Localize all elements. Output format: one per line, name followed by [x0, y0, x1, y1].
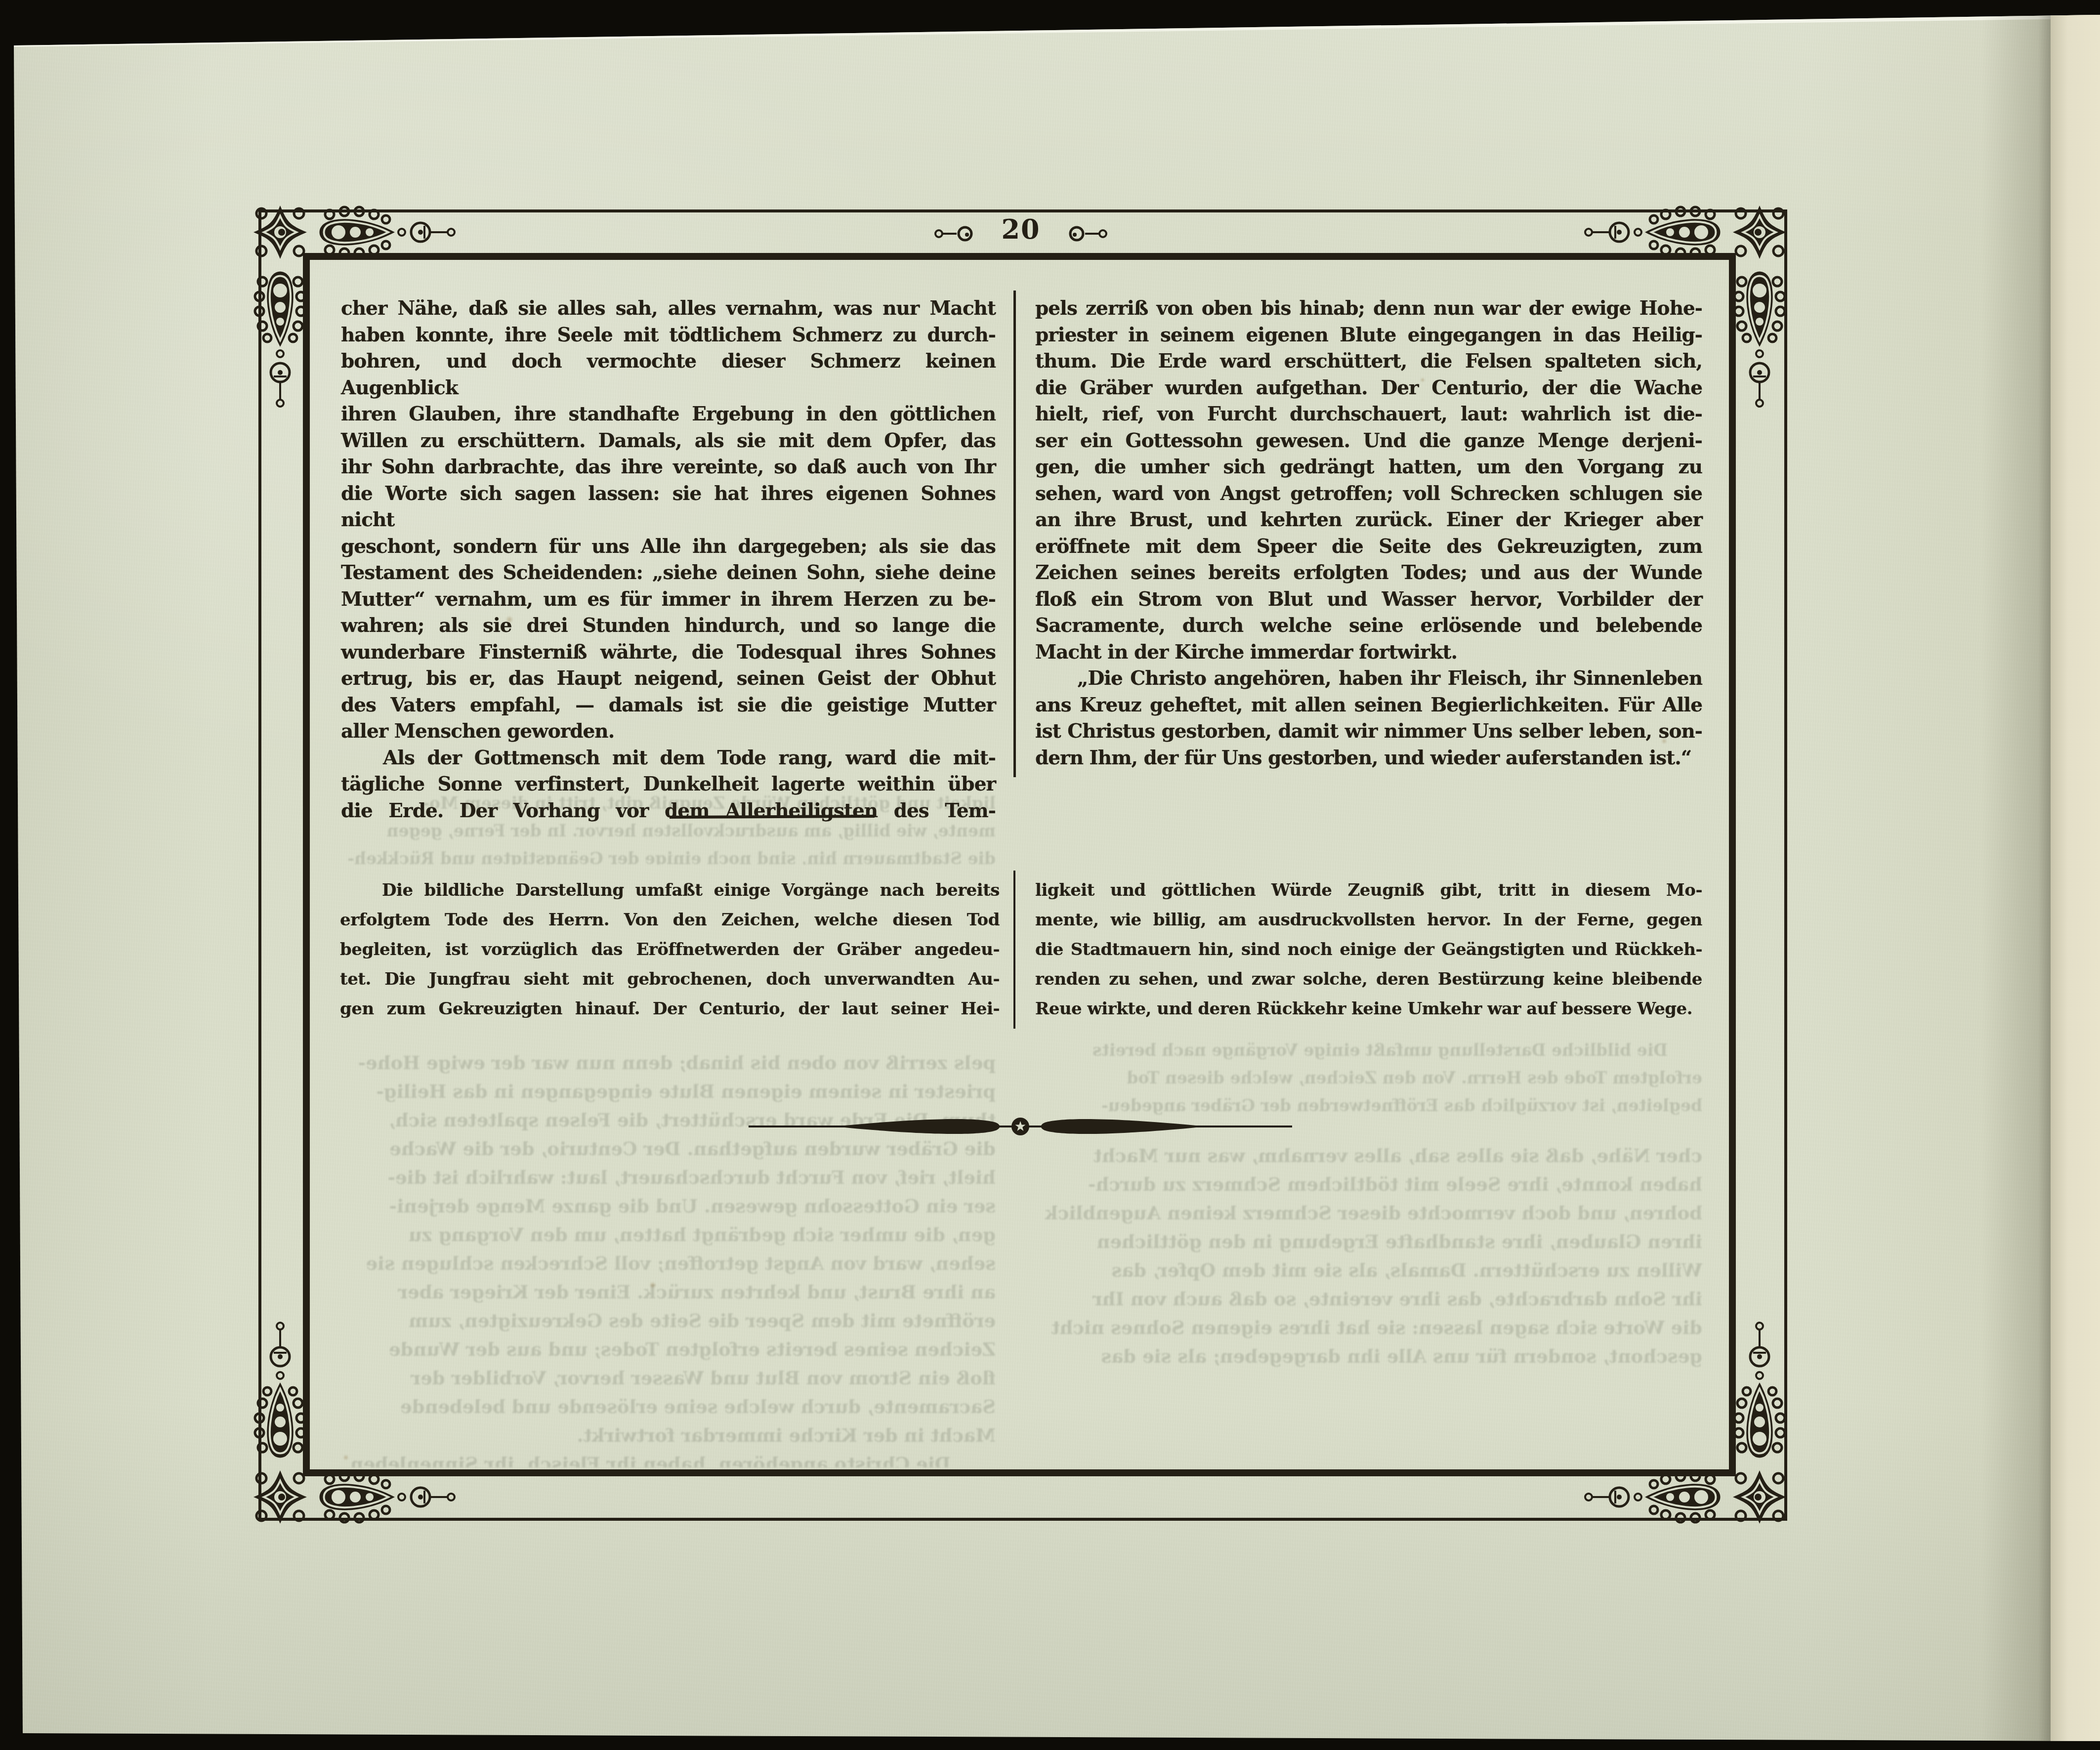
text-line: hielt, rief, von Furcht durchschauert, l…: [341, 1163, 996, 1192]
text-line: hielt, rief, von Furcht durchschauert, l…: [1035, 401, 1702, 428]
text-line: gen, die umher sich gedrängt hatten, um …: [341, 1220, 996, 1249]
foxing-spot: [1661, 738, 1667, 744]
text-line: ser ein Gottessohn gewesen. Und die ganz…: [1035, 428, 1702, 455]
text-line: begleiten, ist vorzüglich das Eröffnetwe…: [340, 935, 1000, 964]
text-line: ihren Glauben, ihre standhafte Ergebung …: [1035, 1227, 1702, 1256]
text-line: cher Nähe, daß sie alles sah, alles vern…: [1035, 1141, 1702, 1170]
text-line: thum. Die Erde ward erschüttert, die Fel…: [1035, 348, 1702, 375]
text-line: renden zu sehen, und zwar solche, deren …: [1035, 964, 1702, 994]
text-line: ihr Sohn darbrachte, das ihre vereinte, …: [341, 454, 996, 481]
commentary-right-column: ligkeit und göttlichen Würde Zeugniß gib…: [1035, 875, 1702, 1024]
text-line: begleiten, ist vorzüglich das Eröffnetwe…: [1035, 1092, 1702, 1120]
text-line: wunderbare Finsterniß währte, die Todesq…: [341, 639, 996, 666]
text-line: „Die Christo angehören, haben ihr Fleisc…: [341, 1450, 996, 1467]
text-line: Als der Gottmensch mit dem Tode rang, wa…: [341, 745, 996, 772]
text-line: Sacramente, durch welche seine erlösende…: [1035, 613, 1702, 639]
text-line: die Erde. Der Vorhang vor dem Allerheili…: [341, 798, 996, 825]
text-line: priester in seinem eigenen Blute eingega…: [341, 1077, 996, 1106]
text-line: geschont, sondern für uns Alle ihn darge…: [1035, 1342, 1702, 1371]
text-line: Reue wirkte, und deren Rückkehr keine Um…: [1035, 994, 1702, 1024]
text-line: dern Ihm, der für Uns gestorben, und wie…: [1035, 745, 1702, 772]
text-line: ist Christus gestorben, damit wir nimmer…: [1035, 718, 1702, 745]
text-line: die Worte sich sagen lassen: sie hat ihr…: [341, 481, 996, 534]
foxing-spot: [505, 616, 513, 624]
text-line: Zeichen seines bereits erfolgten Todes; …: [341, 1335, 996, 1364]
text-line: erfolgtem Tode des Herrn. Von den Zeiche…: [1035, 1064, 1702, 1092]
text-line: die Worte sich sagen lassen: sie hat ihr…: [1035, 1313, 1702, 1342]
bleedthrough-text-block: pels zerriß von oben bis hinab; denn nun…: [341, 1048, 996, 1467]
text-line: Willen zu erschüttern. Damals, als sie m…: [1035, 1256, 1702, 1285]
text-line: haben konnte, ihre Seele mit tödtlichem …: [341, 322, 996, 349]
text-line: ihren Glauben, ihre standhafte Ergebung …: [341, 401, 996, 428]
page-crease-shadow: [1981, 13, 2051, 1742]
text-line: haben konnte, ihre Seele mit tödtlichem …: [1035, 1170, 1702, 1199]
main-text-left-column: cher Nähe, daß sie alles sah, alles vern…: [341, 295, 996, 824]
text-line: aller Menschen geworden.: [341, 718, 996, 745]
text-line: des Vaters empfahl, — damals ist sie die…: [341, 692, 996, 719]
foxing-spot: [1420, 377, 1425, 382]
text-line: priester in seinem eigenen Blute eingega…: [1035, 322, 1702, 349]
text-line: Testament des Scheidenden: „siehe deinen…: [1035, 1371, 1702, 1375]
text-line: ertrug, bis er, das Haupt neigend, seine…: [341, 666, 996, 692]
text-line: die Stadtmauern hin, sind noch einige de…: [1035, 935, 1702, 964]
text-line: mente, wie billig, am ausdruckvollsten h…: [1035, 905, 1702, 935]
text-line: ser ein Gottessohn gewesen. Und die ganz…: [341, 1192, 996, 1220]
text-line: eröffnete mit dem Speer die Seite des Ge…: [1035, 534, 1702, 560]
text-line: tägliche Sonne verfinstert, Dunkelheit l…: [341, 771, 996, 798]
text-line: eröffnete mit dem Speer die Seite des Ge…: [341, 1306, 996, 1335]
text-line: gen zum Gekreuzigten hinauf. Der Centuri…: [340, 994, 1000, 1024]
text-line: sehen, ward von Angst getroffen; voll Sc…: [1035, 481, 1702, 507]
text-line: ans Kreuz geheftet, mit allen seinen Beg…: [1035, 692, 1702, 719]
foxing-spot: [649, 1282, 656, 1289]
text-line: pels zerriß von oben bis hinab; denn nun…: [1035, 295, 1702, 322]
text-line: gen, die umher sich gedrängt hatten, um …: [1035, 454, 1702, 481]
foxing-spot: [343, 1455, 349, 1460]
text-line: Die bildliche Darstellung umfaßt einige …: [340, 875, 1000, 905]
text-line: sehen, ward von Angst getroffen; voll Sc…: [341, 1249, 996, 1278]
text-line: ligkeit und göttlichen Würde Zeugniß gib…: [1035, 875, 1702, 905]
text-line: ihr Sohn darbrachte, das ihre vereinte, …: [1035, 1285, 1702, 1313]
text-line: Testament des Scheidenden: „siehe deinen…: [341, 560, 996, 586]
bleedthrough-text-block: Die bildliche Darstellung umfaßt einige …: [1035, 1037, 1702, 1120]
text-line: an ihre Brust, und kehrten zurück. Einer…: [1035, 507, 1702, 534]
text-line: bohren, und doch vermochte dieser Schmer…: [341, 348, 996, 401]
text-line: die Gräber wurden aufgethan. Der Centuri…: [1035, 375, 1702, 402]
book-page-paper: 20 ligkeit und göttlichen Würde Zeugniß …: [0, 0, 2100, 1750]
text-line: die Stadtmauern hin, sind noch einige de…: [341, 845, 996, 865]
commentary-column-divider-rule: [1013, 871, 1015, 1029]
text-line: floß ein Strom von Blut und Wasser hervo…: [1035, 586, 1702, 613]
text-line: Macht in der Kirche immerdar fortwirkt.: [1035, 639, 1702, 666]
text-line: cher Nähe, daß sie alles sah, alles vern…: [341, 295, 996, 322]
text-line: Willen zu erschüttern. Damals, als sie m…: [341, 428, 996, 455]
text-line: Mutter“ vernahm, um es für immer in ihre…: [341, 586, 996, 613]
text-line: „Die Christo angehören, haben ihr Fleisc…: [1035, 666, 1702, 692]
text-line: geschont, sondern für uns Alle ihn darge…: [341, 534, 996, 560]
paper-top-edge-highlight: [14, 14, 2100, 47]
text-line: floß ein Strom von Blut und Wasser hervo…: [341, 1364, 996, 1392]
foxing-spot: [1236, 919, 1242, 925]
text-line: die Gräber wurden aufgethan. Der Centuri…: [341, 1134, 996, 1163]
commentary-left-column: Die bildliche Darstellung umfaßt einige …: [340, 875, 1000, 1024]
text-line: tet. Die Jungfrau sieht mit gebrochenen,…: [340, 964, 1000, 994]
page-number: 20: [983, 213, 1058, 245]
text-line: bohren, und doch vermochte dieser Schmer…: [1035, 1199, 1702, 1227]
text-line: wahren; als sie drei Stunden hindurch, u…: [341, 613, 996, 639]
text-line: thum. Die Erde ward erschüttert, die Fel…: [341, 1106, 996, 1134]
next-page-edge: [2051, 12, 2100, 1742]
main-text-right-column: pels zerriß von oben bis hinab; denn nun…: [1035, 295, 1702, 771]
text-line: pels zerriß von oben bis hinab; denn nun…: [341, 1048, 996, 1077]
bleedthrough-text-block: cher Nähe, daß sie alles sah, alles vern…: [1035, 1141, 1702, 1375]
text-line: Zeichen seines bereits erfolgten Todes; …: [1035, 560, 1702, 586]
text-line: Sacramente, durch welche seine erlösende…: [341, 1392, 996, 1421]
text-line: Die bildliche Darstellung umfaßt einige …: [1035, 1037, 1702, 1064]
text-line: Macht in der Kirche immerdar fortwirkt.: [341, 1421, 996, 1450]
column-divider-rule: [1013, 291, 1016, 777]
text-line: erfolgtem Tode des Herrn. Von den Zeiche…: [340, 905, 1000, 935]
text-line: an ihre Brust, und kehrten zurück. Einer…: [341, 1278, 996, 1306]
